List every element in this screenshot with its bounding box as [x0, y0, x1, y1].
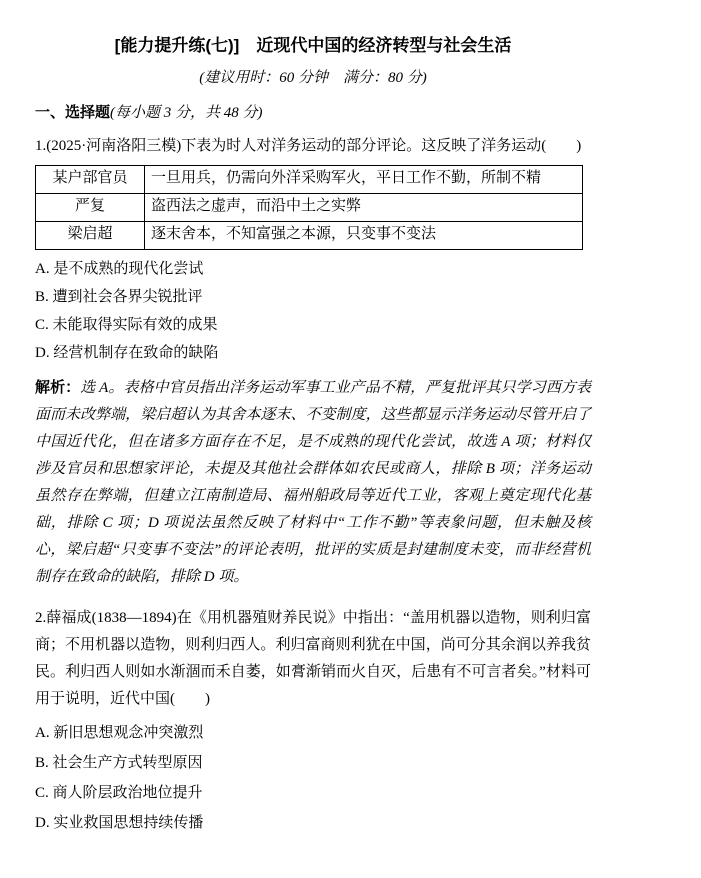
comments-table: 某户部官员 一旦用兵，仍需向外洋采购军火，平日工作不勤，所制不精 严复 盗西法之… [35, 165, 583, 250]
table-cell-person: 严复 [36, 194, 145, 222]
section-title: 一、选择题 [35, 104, 110, 121]
section-note: (每小题 3 分，共 48 分) [110, 105, 263, 121]
table-row: 严复 盗西法之虚声，而沿中土之实弊 [36, 194, 583, 222]
question-1-options: A. 是不成熟的现代化尝试 B. 遭到社会各界尖锐批评 C. 未能取得实际有效的… [35, 255, 591, 367]
option-d: D. 经营机制存在致命的缺陷 [35, 339, 591, 367]
option-a: A. 新旧思想观念冲突激烈 [35, 718, 591, 748]
table-row: 某户部官员 一旦用兵，仍需向外洋采购军火，平日工作不勤，所制不精 [36, 166, 583, 194]
analysis-label: 解析： [35, 379, 80, 396]
question-1: 1.(2025·河南洛阳三模)下表为时人对洋务运动的部分评论。这反映了洋务运动(… [35, 133, 591, 591]
exam-meta: (建议用时：60 分钟 满分：80 分) [35, 69, 591, 88]
question-2-options: A. 新旧思想观念冲突激烈 B. 社会生产方式转型原因 C. 商人阶层政治地位提… [35, 718, 591, 838]
option-b: B. 遭到社会各界尖锐批评 [35, 283, 591, 311]
table-cell-person: 梁启超 [36, 222, 145, 250]
option-a: A. 是不成熟的现代化尝试 [35, 255, 591, 283]
option-c: C. 商人阶层政治地位提升 [35, 778, 591, 808]
table-row: 梁启超 逐末舍本，不知富强之本源，只变事不变法 [36, 222, 583, 250]
question-2: 2.薛福成(1838—1894)在《用机器殖财养民说》中指出：“盖用机器以造物，… [35, 605, 591, 838]
question-1-stem: 1.(2025·河南洛阳三模)下表为时人对洋务运动的部分评论。这反映了洋务运动(… [35, 133, 591, 160]
table-cell-comment: 逐末舍本，不知富强之本源，只变事不变法 [145, 222, 583, 250]
page-title: [能力提升练(七)] 近现代中国的经济转型与社会生活 [35, 36, 591, 56]
option-c: C. 未能取得实际有效的成果 [35, 311, 591, 339]
table-cell-person: 某户部官员 [36, 166, 145, 194]
section-heading: 一、选择题(每小题 3 分，共 48 分) [35, 103, 591, 123]
document-page: [能力提升练(七)] 近现代中国的经济转型与社会生活 (建议用时：60 分钟 满… [0, 0, 701, 878]
analysis-text: 选 A。表格中官员指出洋务运动军事工业产品不精，严复批评其只学习西方表面而未改弊… [35, 380, 591, 585]
question-2-stem: 2.薛福成(1838—1894)在《用机器殖财养民说》中指出：“盖用机器以造物，… [35, 605, 591, 713]
analysis-paragraph: 解析：选 A。表格中官员指出洋务运动军事工业产品不精，严复批评其只学习西方表面而… [35, 374, 591, 591]
option-d: D. 实业救国思想持续传播 [35, 808, 591, 838]
option-b: B. 社会生产方式转型原因 [35, 748, 591, 778]
table-cell-comment: 一旦用兵，仍需向外洋采购军火，平日工作不勤，所制不精 [145, 166, 583, 194]
table-cell-comment: 盗西法之虚声，而沿中土之实弊 [145, 194, 583, 222]
